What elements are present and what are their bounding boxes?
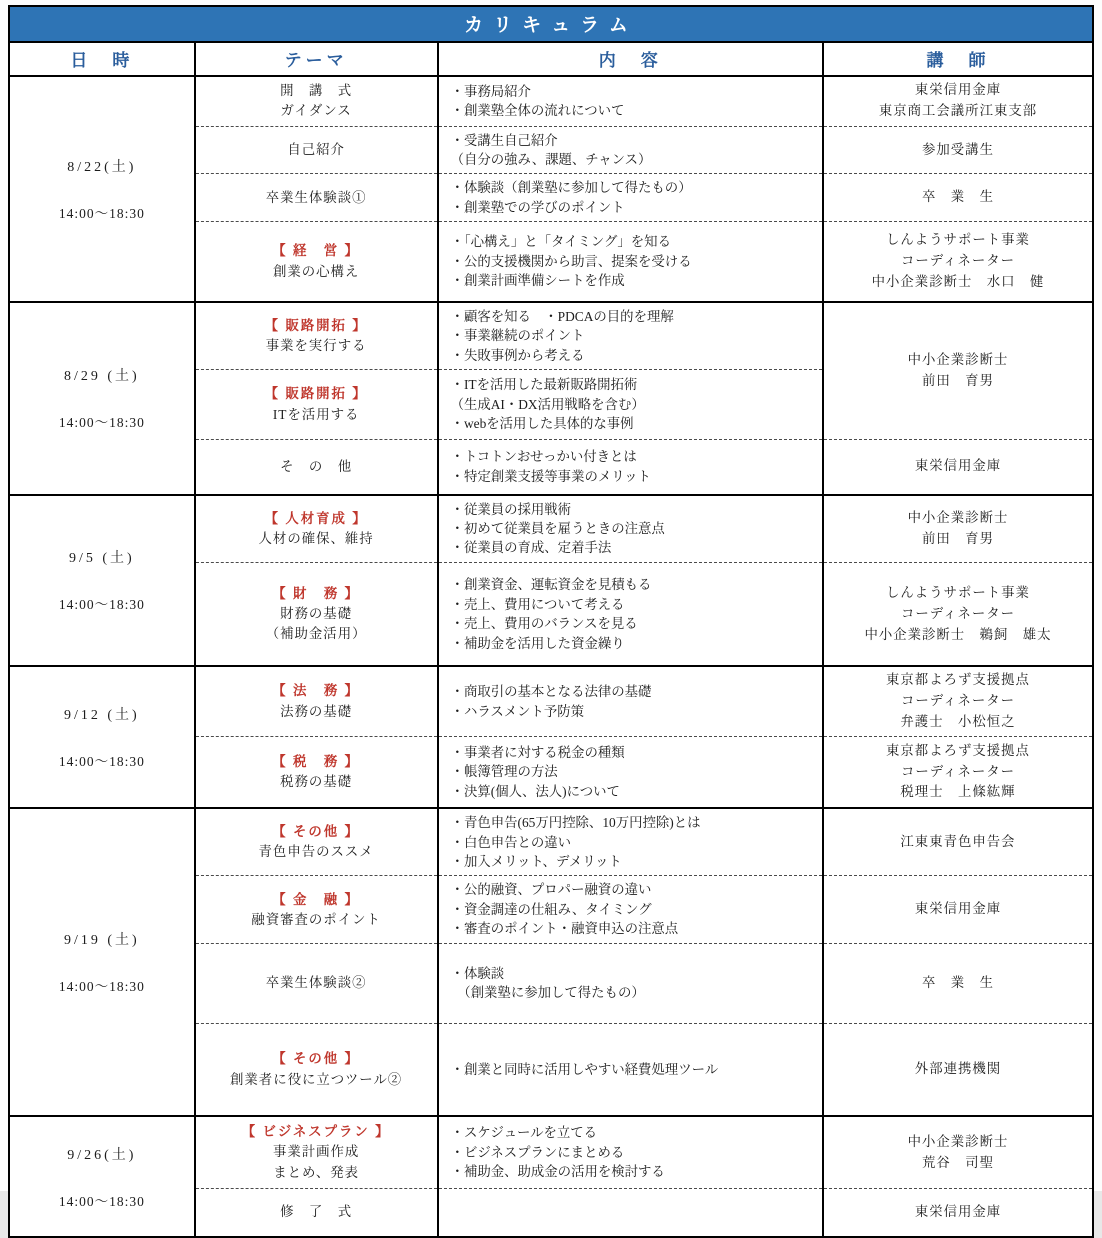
theme-cell: 【 ビジネスプラン 】 事業計画作成 まとめ、発表	[195, 1116, 438, 1188]
content-text: ・創業資金、運転資金を見積もる ・売上、費用について考える ・売上、費用のバラン…	[451, 575, 816, 653]
table-row: 9/19 (土) 14:00～18:30 【 その他 】 青色申告のススメ ・青…	[10, 808, 1092, 876]
theme-category: 【 法 務 】	[200, 681, 433, 701]
col-header-content: 内 容	[438, 43, 823, 76]
lecturer-text: 江東東青色申告会	[828, 832, 1088, 853]
theme-title: 創業の心構え	[200, 262, 433, 282]
theme-category: 【 金 融 】	[200, 890, 433, 910]
theme-cell: 【 その他 】 青色申告のススメ	[195, 808, 438, 876]
theme-cell: 【 税 務 】 税務の基礎	[195, 736, 438, 808]
curriculum-document: カリキュラム 日 時 テーマ 内 容 講 師 8/22(土) 14:00～18	[0, 0, 1102, 1191]
theme-category: 【 税 務 】	[200, 752, 433, 772]
curriculum-table: 日 時 テーマ 内 容 講 師 8/22(土) 14:00～18:30 開 講 …	[10, 43, 1092, 1236]
theme-title: 法務の基礎	[200, 702, 433, 722]
theme-category: 【 ビジネスプラン 】	[200, 1122, 433, 1142]
lecturer-text: 東京都よろず支援拠点 コーディネーター 弁護士 小松恒之	[828, 670, 1088, 732]
lecturer-text: 中小企業診断士 前田 育男	[828, 508, 1088, 550]
theme-title: 卒業生体験談①	[200, 188, 433, 208]
theme-category: 【 販路開拓 】	[200, 316, 433, 336]
lecturer-text: 東京都よろず支援拠点 コーディネーター 税理士 上條紘輝	[828, 741, 1088, 803]
theme-cell: 修 了 式	[195, 1188, 438, 1236]
session-time: 14:00～18:30	[11, 593, 193, 613]
lecturer-cell: 東栄信用金庫	[823, 876, 1092, 943]
theme-category: 【 経 営 】	[200, 241, 433, 261]
header-row: 日 時 テーマ 内 容 講 師	[10, 43, 1092, 76]
table-row: 8/22(土) 14:00～18:30 開 講 式 ガイダンス ・事務局紹介 ・…	[10, 76, 1092, 126]
content-text: ・「心構え」と「タイミング」を知る ・公的支援機関から助言、提案を受ける ・創業…	[451, 232, 816, 290]
theme-category: 【 人材育成 】	[200, 509, 433, 529]
session-time: 14:00～18:30	[11, 411, 193, 431]
lecturer-cell: しんようサポート事業 コーディネーター 中小企業診断士 鵜飼 雄太	[823, 562, 1092, 666]
content-cell: ・スケジュールを立てる ・ビジネスプランにまとめる ・補助金、助成金の活用を検討…	[438, 1116, 823, 1188]
theme-cell: 【 財 務 】 財務の基礎 （補助金活用）	[195, 562, 438, 666]
content-text: ・事業者に対する税金の種類 ・帳簿管理の方法 ・決算(個人、法人)について	[451, 743, 816, 801]
lecturer-cell: 江東東青色申告会	[823, 808, 1092, 876]
theme-cell: 【 法 務 】 法務の基礎	[195, 666, 438, 736]
date-cell: 8/22(土) 14:00～18:30	[10, 76, 195, 302]
date-cell: 9/26(土) 14:00～18:30	[10, 1116, 195, 1236]
theme-cell: 【 経 営 】 創業の心構え	[195, 222, 438, 302]
content-cell	[438, 1188, 823, 1236]
session-date: 9/5 (土)	[11, 547, 193, 567]
lecturer-cell: 中小企業診断士 前田 育男	[823, 302, 1092, 440]
lecturer-cell: しんようサポート事業 コーディネーター 中小企業診断士 水口 健	[823, 222, 1092, 302]
content-cell: ・商取引の基本となる法律の基礎 ・ハラスメント予防策	[438, 666, 823, 736]
theme-cell: 卒業生体験談②	[195, 943, 438, 1023]
content-cell: ・ITを活用した最新販路開拓術 （生成AI・DX活用戦略を含む） ・webを活用…	[438, 370, 823, 440]
lecturer-text: 東栄信用金庫 東京商工会議所江東支部	[828, 80, 1088, 122]
lecturer-cell: 中小企業診断士 前田 育男	[823, 495, 1092, 563]
content-text: ・顧客を知る ・PDCAの目的を理解 ・事業継続のポイント ・失敗事例から考える	[451, 307, 816, 365]
session-time: 14:00～18:30	[11, 750, 193, 770]
theme-title: そ の 他	[200, 457, 433, 477]
lecturer-cell: 東京都よろず支援拠点 コーディネーター 弁護士 小松恒之	[823, 666, 1092, 736]
date-cell: 9/19 (土) 14:00～18:30	[10, 808, 195, 1116]
content-text: ・公的融資、プロパー融資の違い ・資金調達の仕組み、タイミング ・審査のポイント…	[451, 880, 816, 938]
theme-title: 人材の確保、維持	[200, 529, 433, 549]
session-date: 9/26(土)	[11, 1144, 193, 1164]
content-text: ・青色申告(65万円控除、10万円控除)とは ・白色申告との違い ・加入メリット…	[451, 813, 816, 871]
lecturer-text: 卒 業 生	[828, 973, 1088, 994]
theme-category: 【 その他 】	[200, 822, 433, 842]
lecturer-text: 中小企業診断士 前田 育男	[828, 350, 1088, 392]
date-cell: 9/12 (土) 14:00～18:30	[10, 666, 195, 808]
table-row: 9/5 (土) 14:00～18:30 【 人材育成 】 人材の確保、維持 ・従…	[10, 495, 1092, 563]
content-cell: ・顧客を知る ・PDCAの目的を理解 ・事業継続のポイント ・失敗事例から考える	[438, 302, 823, 370]
lecturer-text: 卒 業 生	[828, 187, 1088, 208]
lecturer-cell: 卒 業 生	[823, 943, 1092, 1023]
theme-cell: 卒業生体験談①	[195, 174, 438, 222]
col-header-datetime: 日 時	[10, 43, 195, 76]
content-cell: ・創業と同時に活用しやすい経費処理ツール	[438, 1023, 823, 1116]
lecturer-cell: 参加受講生	[823, 126, 1092, 174]
theme-cell: 【 販路開拓 】 ITを活用する	[195, 370, 438, 440]
col-header-theme: テーマ	[195, 43, 438, 76]
theme-title: 財務の基礎 （補助金活用）	[200, 604, 433, 644]
theme-title: 事業を実行する	[200, 336, 433, 356]
table-frame: カリキュラム 日 時 テーマ 内 容 講 師 8/22(土) 14:00～18	[8, 5, 1094, 1238]
content-text: ・ITを活用した最新販路開拓術 （生成AI・DX活用戦略を含む） ・webを活用…	[451, 375, 816, 433]
content-cell: ・青色申告(65万円控除、10万円控除)とは ・白色申告との違い ・加入メリット…	[438, 808, 823, 876]
session-time: 14:00～18:30	[11, 202, 193, 222]
content-text: ・スケジュールを立てる ・ビジネスプランにまとめる ・補助金、助成金の活用を検討…	[451, 1123, 816, 1181]
theme-title: 自己紹介	[200, 140, 433, 160]
lecturer-text: しんようサポート事業 コーディネーター 中小企業診断士 鵜飼 雄太	[828, 583, 1088, 645]
theme-cell: そ の 他	[195, 440, 438, 495]
theme-title: ITを活用する	[200, 405, 433, 425]
content-text: ・商取引の基本となる法律の基礎 ・ハラスメント予防策	[451, 682, 816, 721]
content-text: ・事務局紹介 ・創業塾全体の流れについて	[451, 82, 816, 121]
lecturer-cell: 東京都よろず支援拠点 コーディネーター 税理士 上條紘輝	[823, 736, 1092, 808]
theme-category: 【 販路開拓 】	[200, 384, 433, 404]
content-text: ・受講生自己紹介 （自分の強み、課題、チャンス）	[451, 131, 816, 170]
session-date: 9/19 (土)	[11, 929, 193, 949]
table-row: 8/29 (土) 14:00～18:30 【 販路開拓 】 事業を実行する ・顧…	[10, 302, 1092, 370]
col-header-lecturer: 講 師	[823, 43, 1092, 76]
content-text: ・従業員の採用戦術 ・初めて従業員を雇うときの注意点 ・従業員の育成、定着手法	[451, 500, 816, 558]
theme-cell: 【 販路開拓 】 事業を実行する	[195, 302, 438, 370]
theme-category: 【 財 務 】	[200, 584, 433, 604]
session-date: 8/29 (土)	[11, 365, 193, 385]
theme-title: 事業計画作成 まとめ、発表	[200, 1142, 433, 1182]
session-date: 8/22(土)	[11, 156, 193, 176]
session-time: 14:00～18:30	[11, 1190, 193, 1210]
theme-title: 税務の基礎	[200, 772, 433, 792]
theme-title: 青色申告のススメ	[200, 842, 433, 862]
content-text: ・トコトンおせっかい付きとは ・特定創業支援等事業のメリット	[451, 447, 816, 486]
lecturer-cell: 東栄信用金庫 東京商工会議所江東支部	[823, 76, 1092, 126]
table-row: 9/12 (土) 14:00～18:30 【 法 務 】 法務の基礎 ・商取引の…	[10, 666, 1092, 736]
content-cell: ・事務局紹介 ・創業塾全体の流れについて	[438, 76, 823, 126]
session-time: 14:00～18:30	[11, 975, 193, 995]
content-cell: ・体験談（創業塾に参加して得たもの） ・創業塾での学びのポイント	[438, 174, 823, 222]
content-cell: ・従業員の採用戦術 ・初めて従業員を雇うときの注意点 ・従業員の育成、定着手法	[438, 495, 823, 563]
content-text: ・創業と同時に活用しやすい経費処理ツール	[451, 1060, 816, 1079]
theme-title: 修 了 式	[200, 1202, 433, 1222]
lecturer-cell: 外部連携機関	[823, 1023, 1092, 1116]
theme-cell: 自己紹介	[195, 126, 438, 174]
theme-title: 創業者に役に立つツール②	[200, 1070, 433, 1090]
date-cell: 9/5 (土) 14:00～18:30	[10, 495, 195, 667]
content-cell: ・受講生自己紹介 （自分の強み、課題、チャンス）	[438, 126, 823, 174]
lecturer-text: 参加受講生	[828, 140, 1088, 161]
theme-cell: 開 講 式 ガイダンス	[195, 76, 438, 126]
content-cell: ・トコトンおせっかい付きとは ・特定創業支援等事業のメリット	[438, 440, 823, 495]
lecturer-text: しんようサポート事業 コーディネーター 中小企業診断士 水口 健	[828, 230, 1088, 292]
theme-title: 融資審査のポイント	[200, 910, 433, 930]
table-row: 9/26(土) 14:00～18:30 【 ビジネスプラン 】 事業計画作成 ま…	[10, 1116, 1092, 1188]
lecturer-cell: 東栄信用金庫	[823, 440, 1092, 495]
content-cell: ・創業資金、運転資金を見積もる ・売上、費用について考える ・売上、費用のバラン…	[438, 562, 823, 666]
lecturer-cell: 中小企業診断士 荒谷 司聖	[823, 1116, 1092, 1188]
content-cell: ・「心構え」と「タイミング」を知る ・公的支援機関から助言、提案を受ける ・創業…	[438, 222, 823, 302]
lecturer-text: 東栄信用金庫	[828, 456, 1088, 477]
session-date: 9/12 (土)	[11, 704, 193, 724]
lecturer-cell: 卒 業 生	[823, 174, 1092, 222]
date-cell: 8/29 (土) 14:00～18:30	[10, 302, 195, 495]
content-cell: ・公的融資、プロパー融資の違い ・資金調達の仕組み、タイミング ・審査のポイント…	[438, 876, 823, 943]
lecturer-text: 東栄信用金庫	[828, 899, 1088, 920]
theme-cell: 【 人材育成 】 人材の確保、維持	[195, 495, 438, 563]
lecturer-cell: 東栄信用金庫	[823, 1188, 1092, 1236]
content-text: ・体験談 （創業塾に参加して得たもの）	[451, 964, 816, 1003]
lecturer-text: 東栄信用金庫	[828, 1202, 1088, 1223]
page-title: カリキュラム	[10, 7, 1092, 43]
lecturer-text: 外部連携機関	[828, 1059, 1088, 1080]
theme-cell: 【 金 融 】 融資審査のポイント	[195, 876, 438, 943]
lecturer-text: 中小企業診断士 荒谷 司聖	[828, 1132, 1088, 1174]
content-cell: ・事業者に対する税金の種類 ・帳簿管理の方法 ・決算(個人、法人)について	[438, 736, 823, 808]
theme-title: 卒業生体験談②	[200, 973, 433, 993]
content-cell: ・体験談 （創業塾に参加して得たもの）	[438, 943, 823, 1023]
theme-cell: 【 その他 】 創業者に役に立つツール②	[195, 1023, 438, 1116]
theme-title: 開 講 式 ガイダンス	[200, 81, 433, 121]
theme-category: 【 その他 】	[200, 1049, 433, 1069]
content-text: ・体験談（創業塾に参加して得たもの） ・創業塾での学びのポイント	[451, 178, 816, 217]
